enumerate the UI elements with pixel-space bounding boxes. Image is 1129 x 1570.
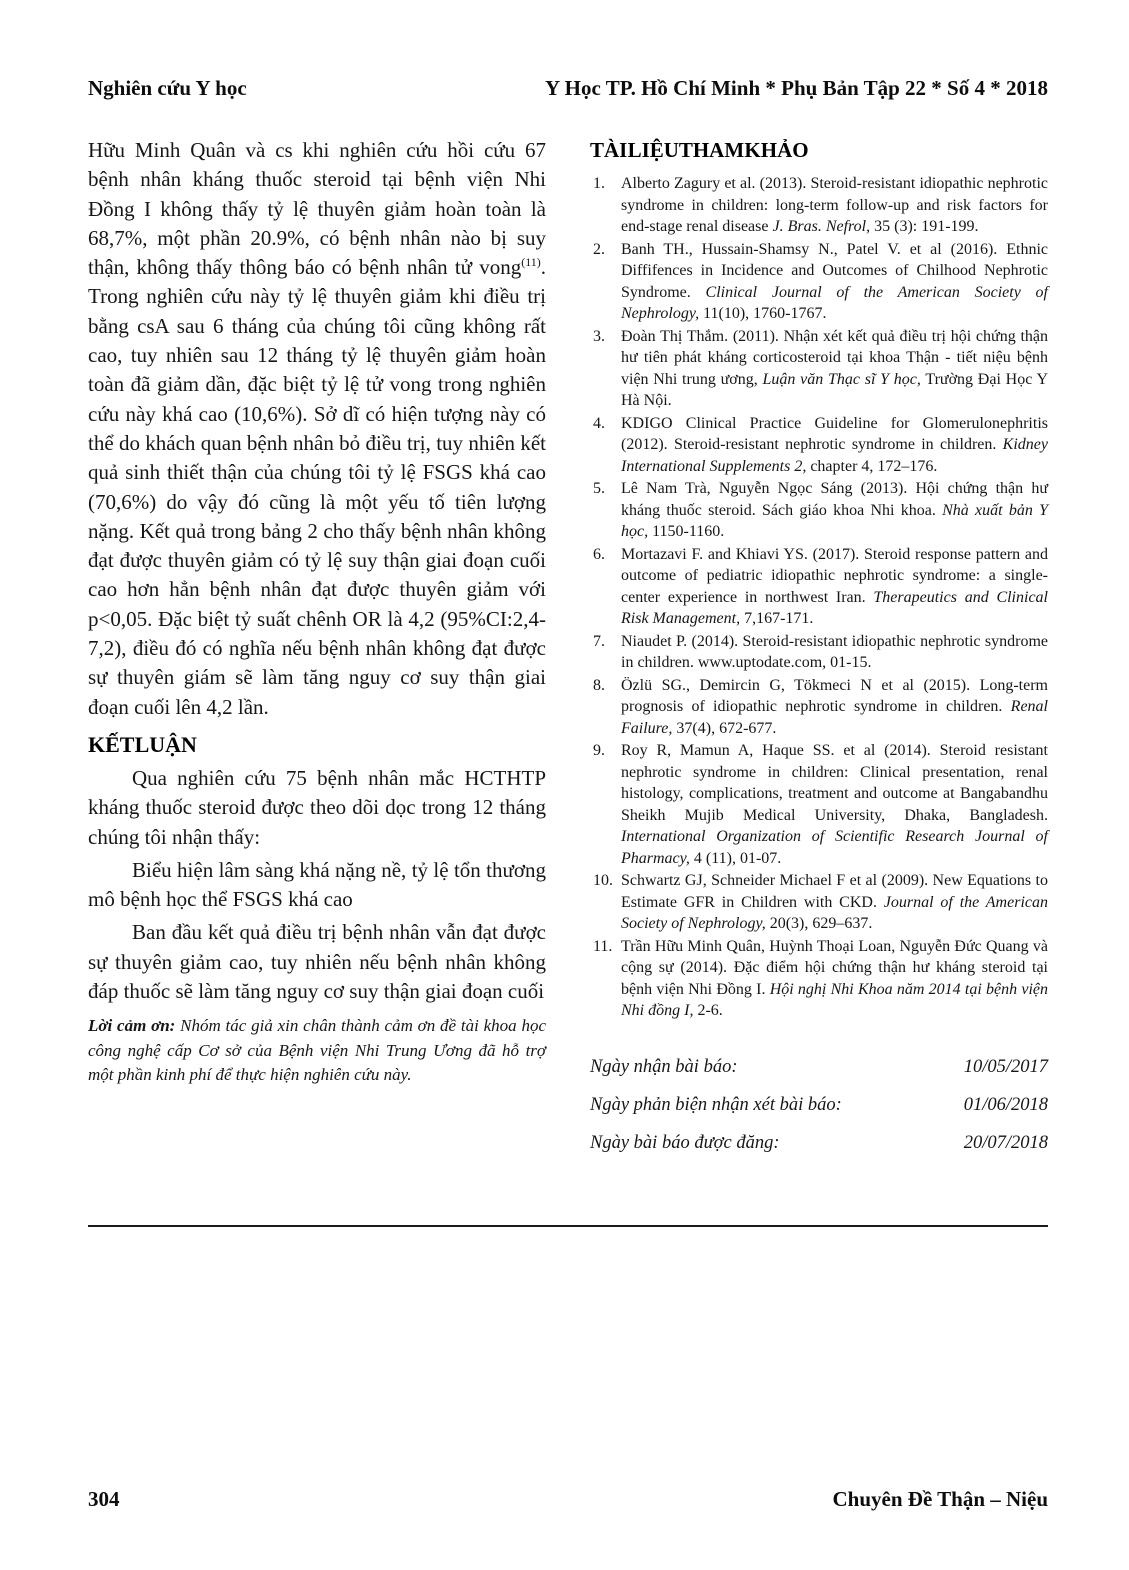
date-row-reviewed: Ngày phản biện nhận xét bài báo: 01/06/2… (590, 1086, 1048, 1124)
date-label: Ngày bài báo được đăng: (590, 1124, 780, 1162)
page-header: Nghiên cứu Y học Y Học TP. Hồ Chí Minh *… (88, 76, 1048, 101)
reference-text-segment: 35 (3): 191-199. (870, 218, 978, 235)
reference-text: Mortazavi F. and Khiavi YS. (2017). Ster… (621, 546, 1048, 628)
reference-item: 1.Alberto Zagury et al. (2013). Steroid-… (590, 173, 1048, 238)
reference-number: 10. (593, 870, 613, 892)
reference-number: 3. (593, 326, 605, 348)
reference-text: Özlü SG., Demircin G, Tökmeci N et al (2… (621, 677, 1048, 737)
reference-item: 2.Banh TH., Hussain-Shamsy N., Patel V. … (590, 239, 1048, 325)
reference-number: 7. (593, 631, 605, 653)
references-list: 1.Alberto Zagury et al. (2013). Steroid-… (590, 173, 1048, 1022)
reference-text-segment: Özlü SG., Demircin G, Tökmeci N et al (2… (621, 677, 1048, 716)
date-label: Ngày phản biện nhận xét bài báo: (590, 1086, 842, 1124)
reference-text-segment: KDIGO Clinical Practice Guideline for Gl… (621, 415, 1048, 454)
discussion-text-before-citation: Hữu Minh Quân và cs khi nghiên cứu hồi c… (88, 138, 546, 279)
discussion-text-after-citation: . Trong nghiên cứu này tỷ lệ thuyên giảm… (88, 255, 546, 718)
reference-item: 4.KDIGO Clinical Practice Guideline for … (590, 413, 1048, 478)
reference-journal-name: Luận văn Thạc sĩ Y học, (762, 371, 920, 388)
header-journal-title: Y Học TP. Hồ Chí Minh * Phụ Bản Tập 22 *… (545, 76, 1048, 101)
reference-text-segment: 11(10), 1760-1767. (699, 305, 826, 322)
acknowledgment: Lời cảm ơn: Nhóm tác giả xin chân thành … (88, 1014, 546, 1088)
reference-number: 2. (593, 239, 605, 261)
date-row-received: Ngày nhận bài báo: 10/05/2017 (590, 1048, 1048, 1086)
reference-text-segment: chapter 4, 172–176. (806, 458, 937, 475)
reference-text: Roy R, Mamun A, Haque SS. et al (2014). … (621, 742, 1048, 867)
article-dates: Ngày nhận bài báo: 10/05/2017 Ngày phản … (590, 1048, 1048, 1162)
reference-text: Niaudet P. (2014). Steroid-resistant idi… (621, 633, 1048, 672)
conclusion-paragraph-3: Ban đầu kết quả điều trị bệnh nhân vẫn đ… (88, 918, 546, 1006)
references-heading: TÀI LIỆU THAM KHẢO (590, 138, 1048, 163)
page-footer: 304 Chuyên Đề Thận – Niệu (88, 1487, 1048, 1512)
left-column: Hữu Minh Quân và cs khi nghiên cứu hồi c… (88, 136, 546, 1162)
reference-journal-name: International Organization of Scientific… (621, 828, 1048, 867)
reference-text: Schwartz GJ, Schneider Michael F et al (… (621, 872, 1048, 932)
reference-item: 3.Đoàn Thị Thắm. (2011). Nhận xét kết qu… (590, 326, 1048, 412)
header-journal-section: Nghiên cứu Y học (88, 76, 247, 101)
reference-item: 10.Schwartz GJ, Schneider Michael F et a… (590, 870, 1048, 935)
reference-number: 5. (593, 478, 605, 500)
reference-item: 5.Lê Nam Trà, Nguyễn Ngọc Sáng (2013). H… (590, 478, 1048, 543)
reference-text-segment: 7,167-171. (740, 610, 813, 627)
reference-text-segment: 20(3), 629–637. (766, 915, 873, 932)
date-value: 01/06/2018 (964, 1086, 1048, 1124)
right-column: TÀI LIỆU THAM KHẢO 1.Alberto Zagury et a… (590, 136, 1048, 1162)
conclusion-paragraph-1: Qua nghiên cứu 75 bệnh nhân mắc HCTHTP k… (88, 764, 546, 852)
discussion-paragraph: Hữu Minh Quân và cs khi nghiên cứu hồi c… (88, 136, 546, 722)
reference-text: KDIGO Clinical Practice Guideline for Gl… (621, 415, 1048, 475)
footer-divider (88, 1225, 1048, 1227)
date-row-published: Ngày bài báo được đăng: 20/07/2018 (590, 1124, 1048, 1162)
reference-number: 9. (593, 740, 605, 762)
date-label: Ngày nhận bài báo: (590, 1048, 737, 1086)
reference-item: 11.Trần Hữu Minh Quân, Huỳnh Thoại Loan,… (590, 936, 1048, 1022)
date-value: 20/07/2018 (964, 1124, 1048, 1162)
reference-number: 4. (593, 413, 605, 435)
reference-text: Alberto Zagury et al. (2013). Steroid-re… (621, 175, 1048, 235)
reference-number: 1. (593, 173, 605, 195)
reference-text: Lê Nam Trà, Nguyễn Ngọc Sáng (2013). Hội… (621, 480, 1048, 540)
reference-text: Trần Hữu Minh Quân, Huỳnh Thoại Loan, Ng… (621, 938, 1048, 1020)
reference-item: 7.Niaudet P. (2014). Steroid-resistant i… (590, 631, 1048, 674)
reference-number: 6. (593, 544, 605, 566)
conclusion-paragraph-2: Biểu hiện lâm sàng khá nặng nề, tỷ lệ tổ… (88, 856, 546, 915)
reference-number: 11. (593, 936, 612, 958)
citation-superscript-11: (11) (521, 255, 541, 269)
footer-page-number: 304 (88, 1487, 120, 1512)
conclusion-heading: KẾT LUẬN (88, 732, 546, 758)
date-value: 10/05/2017 (964, 1048, 1048, 1086)
reference-item: 6.Mortazavi F. and Khiavi YS. (2017). St… (590, 544, 1048, 630)
reference-text-segment: 2-6. (693, 1002, 722, 1019)
acknowledgment-label: Lời cảm ơn: (88, 1016, 175, 1035)
two-column-body: Hữu Minh Quân và cs khi nghiên cứu hồi c… (88, 136, 1048, 1162)
reference-item: 8.Özlü SG., Demircin G, Tökmeci N et al … (590, 675, 1048, 740)
reference-item: 9.Roy R, Mamun A, Haque SS. et al (2014)… (590, 740, 1048, 869)
reference-text-segment: 4 (11), 01-07. (690, 850, 781, 867)
reference-text-segment: 37(4), 672-677. (672, 720, 776, 737)
footer-section-title: Chuyên Đề Thận – Niệu (833, 1487, 1049, 1512)
reference-text: Banh TH., Hussain-Shamsy N., Patel V. et… (621, 241, 1048, 323)
reference-number: 8. (593, 675, 605, 697)
reference-text: Đoàn Thị Thắm. (2011). Nhận xét kết quả … (621, 328, 1048, 410)
reference-text-segment: Niaudet P. (2014). Steroid-resistant idi… (621, 633, 1048, 672)
reference-text-segment: Roy R, Mamun A, Haque SS. et al (2014). … (621, 742, 1048, 824)
reference-text-segment: 1150-1160. (648, 523, 724, 540)
reference-journal-name: J. Bras. Nefrol, (772, 218, 870, 235)
